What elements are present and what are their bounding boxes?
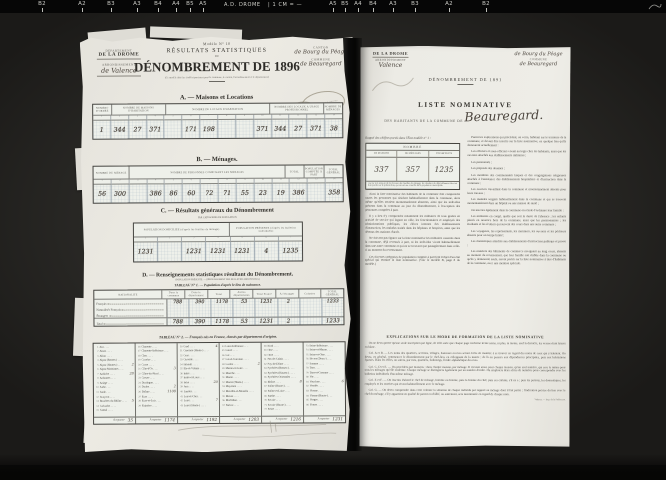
table-departements-origine: 1Ain . . . .2Aisne . . . .3Allier . . . …	[93, 341, 346, 425]
column-group-header: NOMBRE DE MÉNAGES	[324, 103, 342, 114]
table-data-row: 5630038686607271552319386358	[94, 183, 343, 203]
data-cell	[234, 311, 256, 317]
handwritten-value: 72	[205, 190, 213, 197]
data-cell	[218, 120, 236, 138]
instruction-paragraph: Les voyageurs, les représentants, les ma…	[467, 230, 566, 238]
explication-paragraph: Col. A et B. — Les noms des quartiers, s…	[365, 352, 566, 364]
data-cell: 38	[325, 119, 342, 137]
column-group-header: NOMBRE DU MÉNAGE	[94, 167, 130, 180]
right-page-canton-block: de Bourg du Péage COMMUNE de Beauregard	[509, 51, 567, 67]
handwritten-value: 2	[287, 318, 291, 324]
tableau-2-heading: TABLEAU N° 2. — Français nés en France, …	[82, 334, 355, 340]
column-group-label: NOMBRE DE PERSONNES COMPOSANT LES MÉNAGE…	[170, 170, 244, 173]
department-name: Yonne . . . .	[310, 403, 323, 406]
data-cell: 1231	[206, 242, 230, 261]
handwritten-value: 358	[328, 189, 340, 196]
divider	[209, 81, 225, 82]
column-group-label: NOMBRE DE LOCAUX D'HABITATION	[192, 107, 243, 110]
column-group-label: TOTAL	[290, 170, 299, 173]
instruction-paragraph: Ces diverses catégories de population co…	[365, 255, 460, 267]
data-cell: 371	[308, 119, 326, 137]
d1-column-header: Total	[208, 290, 231, 299]
data-cell: 1231	[182, 242, 206, 261]
explication-paragraph: Col. G. — On devra comprendre dans cette…	[365, 389, 566, 397]
handwritten-value: 1231	[186, 248, 202, 255]
department-group: 1Ain . . . .2Aisne . . . .3Allier . . . …	[94, 344, 136, 424]
ruler-tick	[158, 8, 159, 12]
ruler-tick	[373, 8, 374, 12]
department-number: 86	[305, 403, 309, 406]
reporter-footer: À reporter35	[94, 416, 135, 424]
instruction-paragraph: Les officiers et sous-officiers vivant a…	[467, 150, 566, 158]
d1-column-label: Total France	[257, 292, 272, 295]
table-data-row: 123112311231123141235	[134, 241, 302, 261]
ruler-scale-label: | 1 CM = —	[268, 2, 302, 8]
data-cell: 171	[183, 120, 201, 138]
ruler-label: A2	[78, 1, 86, 7]
handwritten-value: 27	[133, 126, 141, 133]
table-data-row: 1344273711711983713442737138	[93, 119, 342, 139]
data-cell	[129, 184, 147, 202]
ruler-tick	[137, 8, 138, 12]
handwritten-value: 1	[100, 126, 104, 133]
column-group-header: TOTAL GÉNÉRAL	[324, 165, 342, 178]
reporter-footer: À reporter1174	[136, 416, 177, 424]
department-group: 16Charente . . . .17Charente-Inférieure …	[136, 343, 178, 423]
ruler-label: B2	[38, 1, 46, 7]
data-cell: 198	[200, 120, 218, 138]
data-cell: 1231	[231, 242, 255, 261]
data-cell: 2	[278, 317, 300, 324]
instructions-right: Parmi les explications qui précèdent, on…	[467, 136, 567, 332]
table-maisons-locations: NUMÉRO D'ORDRENOMBRE DE MAISONS D'HABITA…	[92, 102, 343, 140]
data-cell: 788	[167, 318, 189, 325]
ruler-tick	[176, 8, 177, 12]
column-group-header: NOMBRE DE LOCAUX D'HABITATION	[166, 104, 271, 116]
ruler-tick	[345, 8, 346, 12]
ruler-tick	[203, 8, 204, 12]
section-b-heading: B. — Ménages.	[80, 155, 353, 164]
ruler-label: B5	[186, 1, 194, 7]
handwritten-value: 1178	[216, 299, 228, 304]
d1-column-label: Total	[216, 292, 222, 295]
column-group-label: POPULATION COMPTÉE À PART	[305, 167, 323, 176]
instruction-paragraph: Les pensionnés ;	[467, 161, 566, 165]
ruler-scribble-mark	[648, 2, 662, 11]
column-group-label: NOMBRE DE MÉNAGES	[324, 105, 341, 111]
d1-column-label: Colonies	[304, 292, 315, 295]
col-maisons: DE MAISONS	[366, 150, 397, 156]
ruler-label: A3	[389, 1, 397, 7]
data-cell	[300, 317, 322, 324]
department-row: 43Loire (Haute-) . . . .	[178, 402, 219, 407]
menages-value: 357	[406, 164, 420, 173]
table-resultats-generaux: POPULATION DOMICILIÉE (d'après les feuil…	[133, 221, 303, 262]
column-group-label: POPULATION PRÉSENTE (d'après les bulleti…	[231, 226, 302, 232]
data-cell: 344	[272, 120, 290, 138]
department-number: 43	[179, 404, 183, 407]
table-lieu-naissance: NATIONALITÉDans la communeDans le départ…	[93, 288, 344, 327]
handwritten-value: 371	[256, 125, 268, 132]
column-group-header: POPULATION PRÉSENTE (d'après les bulleti…	[230, 222, 302, 236]
handwritten-value: 1231	[234, 248, 250, 255]
department-group: 58Nord . . . .59Oise . . . .60Orne . . .…	[262, 342, 304, 422]
dotted-leader	[104, 323, 164, 324]
data-cell: 300	[111, 185, 129, 203]
handwritten-value: 1231	[210, 248, 226, 255]
table-footnote: Au fur et à mesure de la révision des fe…	[366, 180, 459, 189]
department-name: Nièvre . . . .	[226, 404, 239, 407]
ruler-tick	[393, 8, 394, 12]
handwritten-value: 71	[223, 189, 231, 196]
data-cell: 19	[272, 184, 290, 202]
row-label-text: Total	[96, 322, 102, 326]
column-group-header: POPULATION DOMICILIÉE (d'après les feuil…	[134, 223, 230, 238]
census-statistics-page: DÉPARTEMENT DE LA DROME ARRONDISSEMENT d…	[80, 35, 356, 453]
handwritten-value: 1231	[260, 299, 272, 304]
pencil-marks	[174, 417, 354, 440]
data-cell	[189, 311, 211, 317]
maisons-value: 337	[374, 164, 388, 173]
table-group-header: POPULATION DOMICILIÉE (d'après les feuil…	[134, 222, 302, 237]
data-cell: 27	[290, 119, 308, 137]
data-cell: 60	[183, 184, 201, 202]
data-cell	[211, 311, 233, 317]
denombrement-heading: DÉNOMBREMENT DE 1891	[360, 77, 570, 86]
column-group-label: POPULATION DOMICILIÉE (d'après les feuil…	[144, 228, 220, 231]
ruler-label: B2	[482, 1, 490, 7]
data-cell: 86	[165, 184, 183, 202]
ruler-label: A2	[445, 1, 453, 7]
denombrement-text: DÉNOMBREMENT DE 1891	[429, 77, 503, 82]
nombre-summary-table: NOMBRE DE MAISONS DE MÉNAGES D'HABITANTS…	[365, 142, 460, 190]
handwritten-value: 38	[330, 125, 338, 132]
handwritten-value: 300	[114, 190, 126, 197]
instruction-paragraph: Ne doivent pas figurer sur la liste nomi…	[365, 237, 460, 253]
instruction-paragraph: Les domestiques attachés aux établisseme…	[467, 240, 566, 248]
data-cell: 27	[129, 120, 147, 138]
nationalite-header: NATIONALITÉ	[94, 290, 162, 299]
page-title: DÉNOMBREMENT DE 1896	[132, 58, 302, 75]
instruction-paragraph: On inscrira également dans la commune où…	[467, 209, 566, 213]
right-page-department-block: DE LA DROME ARRONDISSEMENT Valence	[364, 51, 416, 69]
divider	[372, 57, 408, 58]
d1-column-label: Autres départements	[231, 291, 252, 297]
d1-column-label: Dans la commune	[163, 291, 184, 297]
department-group: 73Seine-Inférieure . . . .74Seine-et-Mar…	[304, 342, 345, 422]
section-c-heading: C. — Résultats généraux du Dénombrement	[81, 207, 354, 215]
data-cell: 23	[254, 184, 272, 202]
handwritten-value: 1233	[327, 299, 339, 304]
data-cell: 55	[237, 184, 255, 202]
commune-handwritten: de Beauregard	[509, 61, 567, 67]
explication-paragraph: On ne devra porter qu'une seule inscript…	[365, 342, 566, 350]
department-value: DE LA DROME	[365, 51, 417, 56]
left-page-title-block: Modèle N° 10 RÉSULTATS STATISTIQUES DU D…	[132, 41, 302, 82]
data-cell	[165, 120, 183, 138]
divider	[457, 84, 473, 85]
instruction-paragraph: Les préposés des douanes ;	[467, 167, 566, 171]
film-ruler-strip: A.D. DROME | 1 CM = — B2A2B3A3B4A4B5A5A5…	[0, 0, 666, 13]
data-cell	[300, 310, 322, 316]
department-number: 72	[263, 408, 267, 411]
department-row: 86Yonne . . . .	[304, 401, 345, 406]
data-cell: 1235	[279, 241, 302, 260]
column-group-header: NOMBRE DES LOCAUX À USAGE PROFESSIONNEL	[271, 103, 324, 114]
reporter-total: 35	[128, 418, 133, 423]
column-group-header: POPULATION COMPTÉE À PART	[304, 165, 324, 178]
row-label: Étrangers	[94, 311, 167, 317]
ruler-tick	[415, 8, 416, 12]
ruler-tick	[42, 8, 43, 12]
handwritten-value: 56	[98, 190, 106, 197]
handwritten-value: 198	[203, 126, 215, 133]
ruler-label: A3	[133, 1, 141, 7]
handwritten-value: 386	[293, 189, 305, 196]
handwritten-value: 788	[173, 300, 182, 305]
instruction-paragraph: Parmi les explications qui précèdent, on…	[467, 136, 566, 148]
data-cell: 71	[219, 184, 237, 202]
ruler-archive-label: A.D. DROME	[224, 2, 261, 8]
data-cell: 53	[234, 318, 256, 325]
data-cell: 371	[147, 120, 165, 138]
handwritten-value: 1178	[215, 318, 229, 324]
d1-column-header: À l'étranger	[276, 290, 299, 299]
handwritten-value: 344	[114, 126, 126, 133]
handwritten-value: 1231	[138, 248, 154, 255]
d1-column-header: Dans le département	[185, 290, 208, 299]
explication-paragraph: Col. C, D et E. — On procédera par maiso…	[365, 365, 566, 377]
d1-column-label: TOTAL GÉNÉRAL	[322, 290, 343, 296]
ruler-tick	[111, 8, 112, 12]
data-cell: 4	[255, 242, 279, 261]
column-group-header: NUMÉRO D'ORDRE	[93, 105, 112, 116]
ruler-label: B4	[154, 1, 162, 7]
handwritten-value: 53	[241, 318, 248, 324]
ruler-label: B5	[341, 1, 349, 7]
data-cell: 1233	[322, 317, 343, 324]
table-menages: NOMBRE DU MÉNAGENOMBRE DE PERSONNES COMP…	[93, 164, 344, 204]
data-cell	[236, 120, 254, 138]
printer-imprint: Valence. — Imp. de la Préfecture.	[365, 399, 566, 402]
tableau-1-heading: TABLEAU N° 1. — Population d'après le li…	[81, 282, 354, 288]
ruler-label: B3	[411, 1, 419, 7]
left-column: Rappel des chiffres portés dans l'État m…	[365, 136, 461, 332]
handwritten-value: 390	[195, 319, 206, 325]
rappel-caption: Rappel des chiffres portés dans l'État m…	[365, 136, 460, 140]
column-group-label: NUMÉRO D'ORDRE	[94, 107, 111, 113]
reporter-label: À reporter	[150, 419, 162, 422]
department-group: 30Gard . . . .431Garonne (Haute-) . . . …	[178, 343, 220, 423]
data-cell	[167, 311, 189, 317]
ruler-label: A5	[199, 1, 207, 7]
habitants-label: DES HABITANTS DE LA COMMUNE DE	[384, 119, 463, 123]
explications-block: EXPLICATIONS SUR LE MODE DE FORMATION DE…	[365, 335, 566, 402]
data-cell: 1231	[134, 242, 158, 261]
ruler-tick	[449, 8, 450, 12]
handwritten-value: 1233	[326, 318, 340, 324]
department-row: 15Cantal . . . .	[94, 407, 135, 412]
handwritten-value: 371	[310, 125, 322, 132]
section-c-subheading: PAR CATÉGORIES DE POPULATION	[81, 215, 354, 220]
commune-name-handwritten: Beauregard.	[464, 107, 543, 125]
column-group-label: TOTAL GÉNÉRAL	[325, 168, 342, 174]
column-group-header: TOTAL	[285, 165, 304, 178]
column-group-label: NOMBRE DU MÉNAGE	[96, 171, 126, 174]
handwritten-value: 371	[149, 126, 161, 133]
instruction-paragraph: Les membres des communautés laïques et d…	[467, 174, 566, 186]
commune-handwritten: de Beauregard	[294, 61, 348, 67]
d1-column-label: Dans le département	[186, 291, 207, 297]
handwritten-value: 1231	[259, 318, 273, 324]
d1-column-header: Autres départements	[231, 290, 254, 299]
ruler-label: B3	[107, 1, 115, 7]
column-group-header: NOMBRE DE PERSONNES COMPOSANT LES MÉNAGE…	[130, 166, 286, 180]
instructions-left: Ainsi la liste nominative des habitants …	[365, 193, 460, 267]
data-cell: 56	[94, 185, 112, 203]
handwritten-value: 390	[195, 300, 204, 305]
handwritten-value: 788	[173, 319, 184, 325]
data-cell: 1178	[211, 318, 233, 325]
data-cell	[158, 242, 182, 261]
department-number: 29	[137, 404, 141, 407]
handwritten-value: 1235	[282, 248, 298, 255]
instruction-paragraph: Les ouvriers travaillant dans la commune…	[467, 188, 566, 196]
handwritten-value: 60	[187, 190, 195, 197]
handwritten-value: 2	[287, 299, 290, 304]
data-cell	[308, 183, 326, 201]
handwritten-value: 171	[185, 126, 197, 133]
column-group-label: NOMBRE DES LOCAUX À USAGE PROFESSIONNEL	[271, 105, 322, 111]
col-habitants: D'HABITANTS	[429, 150, 459, 156]
data-cell	[322, 310, 343, 316]
data-cell: 72	[201, 184, 219, 202]
handwritten-value: 55	[241, 189, 249, 196]
d1-column-header: Total France	[253, 290, 276, 299]
department-name: Seine . . . .	[268, 408, 280, 411]
nationalite-label: NATIONALITÉ	[118, 293, 137, 296]
habitants-value: 1235	[434, 164, 453, 173]
department-row: 57Nièvre . . . .	[220, 402, 261, 407]
department-name: Finistère . . . .	[142, 404, 157, 407]
canton-handwritten: de Bourg du Péage	[509, 51, 567, 57]
handwritten-value: 86	[170, 190, 178, 197]
resultats-subtitle: RÉSULTATS STATISTIQUES	[132, 47, 302, 54]
explications-paragraphs: On ne devra porter qu'une seule inscript…	[365, 342, 566, 397]
ruler-label: A4	[172, 1, 180, 7]
d1-column-header: TOTAL GÉNÉRAL	[322, 289, 344, 298]
d1-column-header: Dans la commune	[163, 290, 186, 299]
handwritten-value: 386	[150, 190, 162, 197]
canton-handwritten: de Bourg du Péage	[294, 49, 348, 55]
department-name: Loire (Haute-) . . . .	[184, 404, 206, 407]
ruler-tick	[82, 8, 83, 12]
dotted-leader	[109, 315, 163, 316]
data-cell: 344	[111, 121, 129, 139]
modele-number: Modèle N° 10	[132, 41, 302, 46]
row-label: Total	[94, 318, 167, 325]
explications-title: EXPLICATIONS SUR LE MODE DE FORMATION DE…	[365, 335, 566, 340]
ruler-label: B4	[369, 1, 377, 7]
handwritten-value: 4	[264, 248, 268, 255]
data-cell: 1231	[256, 318, 278, 325]
department-group: 44Loire-Inférieure . . . .45Loiret . . .…	[220, 343, 262, 423]
d1-column-header: Colonies	[299, 289, 322, 298]
department-name: Cantal . . . .	[100, 409, 113, 412]
handwritten-value: 19	[277, 189, 285, 196]
d1-column-label: À l'étranger	[280, 292, 295, 295]
data-cell: 386	[290, 183, 308, 201]
ruler-tick	[486, 8, 487, 12]
column-group-label: NOMBRE DE MAISONS D'HABITATION	[113, 106, 164, 112]
handwritten-value: 53	[241, 299, 247, 304]
nombre-values: 337 357 1235	[366, 157, 459, 180]
row-label-text: Étrangers	[96, 314, 108, 318]
instruction-paragraph: Les militaires en congé, quelle que soit…	[467, 215, 566, 227]
data-cell: 371	[254, 120, 272, 138]
data-cell	[256, 311, 278, 317]
section-d-subheading: (POPULATION PRÉSENTE. — DÉPOUILLEMENT DE…	[81, 278, 354, 282]
data-cell	[278, 310, 300, 316]
ruler-tick	[358, 8, 359, 12]
left-page-canton-block: CANTON de Bourg du Péage COMMUNE de Beau…	[294, 45, 348, 67]
instruction-paragraph: Ainsi la liste nominative des habitants …	[365, 193, 460, 213]
data-cell: 1	[93, 121, 111, 139]
department-row: 29Finistère . . . .	[136, 402, 177, 407]
microfilm-scan-frame: A.D. DROME | 1 CM = — B2A2B3A3B4A4B5A5A5…	[0, 0, 666, 480]
ruler-tick	[333, 8, 334, 12]
instruction-paragraph: Les matelots des bâtiments de commerce n…	[467, 250, 566, 266]
department-number: 15	[95, 409, 99, 412]
handwritten-value: 344	[274, 125, 286, 132]
column-group-header: NOMBRE DE MAISONS D'HABITATION	[112, 104, 165, 115]
department-row: 72Seine . . . .	[262, 406, 303, 411]
handwritten-value: 27	[294, 125, 302, 132]
liste-nominative-page: DE LA DROME ARRONDISSEMENT Valence de Bo…	[359, 46, 570, 449]
instruction-paragraph: Les malades soignés habituellement dans …	[467, 198, 566, 206]
department-number: 57	[221, 404, 225, 407]
instruction-paragraph: Il y a lieu d'y comprendre notamment les…	[365, 215, 460, 235]
bottom-vignette	[0, 454, 666, 480]
data-cell: 390	[189, 318, 211, 325]
reporter-label: À reporter	[113, 419, 125, 422]
col-menages: DE MÉNAGES	[398, 150, 429, 156]
handwritten-value: 23	[259, 189, 267, 196]
title-note: (Ce modèle doit être établi séparément p…	[132, 75, 302, 79]
total-row: Total788390117853123121233	[94, 316, 343, 326]
data-cell: 358	[326, 183, 343, 201]
ruler-tick	[190, 8, 191, 12]
data-cell: 386	[147, 184, 165, 202]
explication-paragraph: Col. E et F. — On inscrira d'abord le ch…	[365, 379, 566, 387]
ruler-label: A5	[329, 1, 337, 7]
ruler-label: A4	[354, 1, 362, 7]
